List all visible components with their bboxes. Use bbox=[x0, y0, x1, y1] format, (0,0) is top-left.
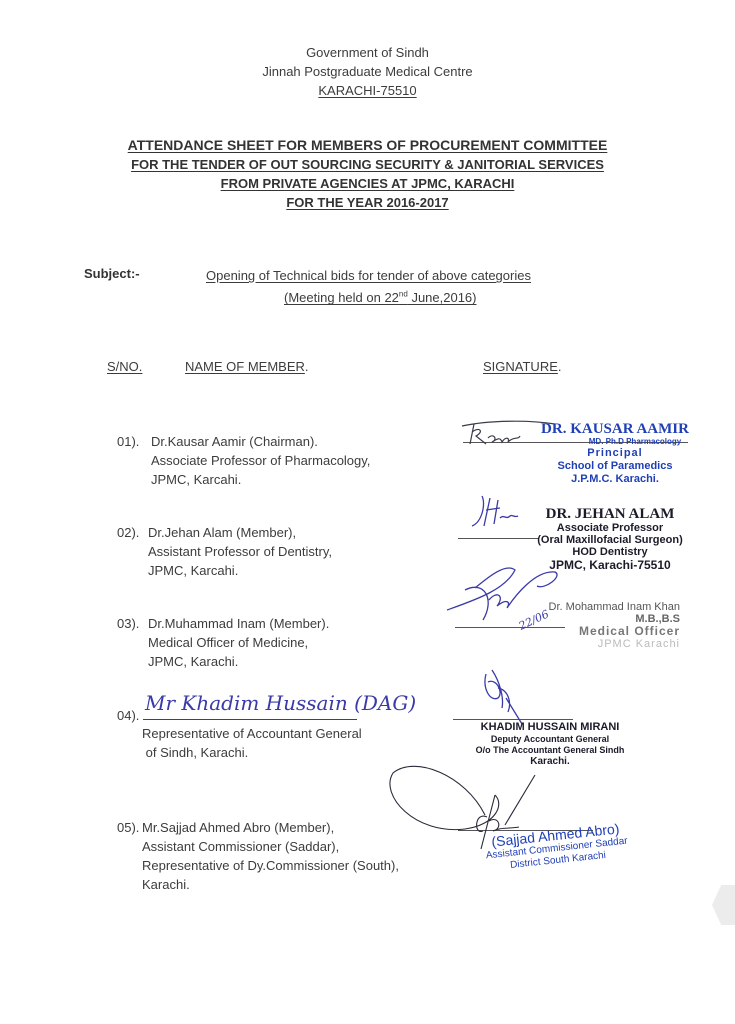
title-line-1: ATTENDANCE SHEET FOR MEMBERS OF PROCUREM… bbox=[0, 136, 735, 155]
member-number: 05). bbox=[117, 818, 139, 837]
name-underline bbox=[143, 719, 357, 720]
member-number: 04). bbox=[117, 706, 139, 725]
title-line-2: FOR THE TENDER OF OUT SOURCING SECURITY … bbox=[0, 155, 735, 174]
member-details: Dr.Kausar Aamir (Chairman). Associate Pr… bbox=[151, 432, 370, 489]
signature-scribble-4 bbox=[478, 668, 538, 728]
letterhead-government: Government of Sindh bbox=[0, 43, 735, 62]
column-sno: S/NO. bbox=[107, 359, 142, 374]
member-details: Mr.Sajjad Ahmed Abro (Member), Assistant… bbox=[142, 818, 399, 894]
member-row-2: 02). Dr.Jehan Alam (Member), Assistant P… bbox=[117, 523, 437, 583]
member-number: 03). bbox=[117, 614, 139, 633]
member-details: Dr.Jehan Alam (Member), Assistant Profes… bbox=[148, 523, 332, 580]
column-signature: SIGNATURE. bbox=[483, 359, 562, 374]
column-name: NAME OF MEMBER. bbox=[185, 359, 309, 374]
subject-description: Opening of Technical bids for tender of … bbox=[206, 268, 531, 283]
stamp-3: Dr. Mohammad Inam Khan M.B.,B.S Medical … bbox=[540, 601, 680, 650]
letterhead-institution: Jinnah Postgraduate Medical Centre bbox=[0, 62, 735, 81]
letterhead: Government of Sindh Jinnah Postgraduate … bbox=[0, 43, 735, 100]
meeting-date: (Meeting held on 22nd June,2016) bbox=[206, 285, 531, 307]
document-title: ATTENDANCE SHEET FOR MEMBERS OF PROCUREM… bbox=[0, 136, 735, 212]
handwritten-member-name: Mr Khadim Hussain (DAG) bbox=[145, 694, 416, 713]
member-number: 02). bbox=[117, 523, 139, 542]
letterhead-city: KARACHI-75510 bbox=[0, 81, 735, 100]
scan-artifact bbox=[712, 885, 735, 925]
subject-label: Subject:- bbox=[84, 266, 140, 281]
stamp-1: DR. KAUSAR AAMIR MD. Ph.D Pharmacology P… bbox=[530, 422, 700, 486]
member-row-1: 01). Dr.Kausar Aamir (Chairman). Associa… bbox=[117, 432, 437, 492]
title-line-3: FROM PRIVATE AGENCIES AT JPMC, KARACHI bbox=[0, 174, 735, 193]
member-details: Representative of Accountant General of … bbox=[142, 724, 362, 762]
member-number: 01). bbox=[117, 432, 139, 451]
subject-text: Opening of Technical bids for tender of … bbox=[206, 266, 531, 307]
title-line-4: FOR THE YEAR 2016-2017 bbox=[0, 193, 735, 212]
member-row-3: 03). Dr.Muhammad Inam (Member). Medical … bbox=[117, 614, 437, 674]
member-details: Dr.Muhammad Inam (Member). Medical Offic… bbox=[148, 614, 329, 671]
